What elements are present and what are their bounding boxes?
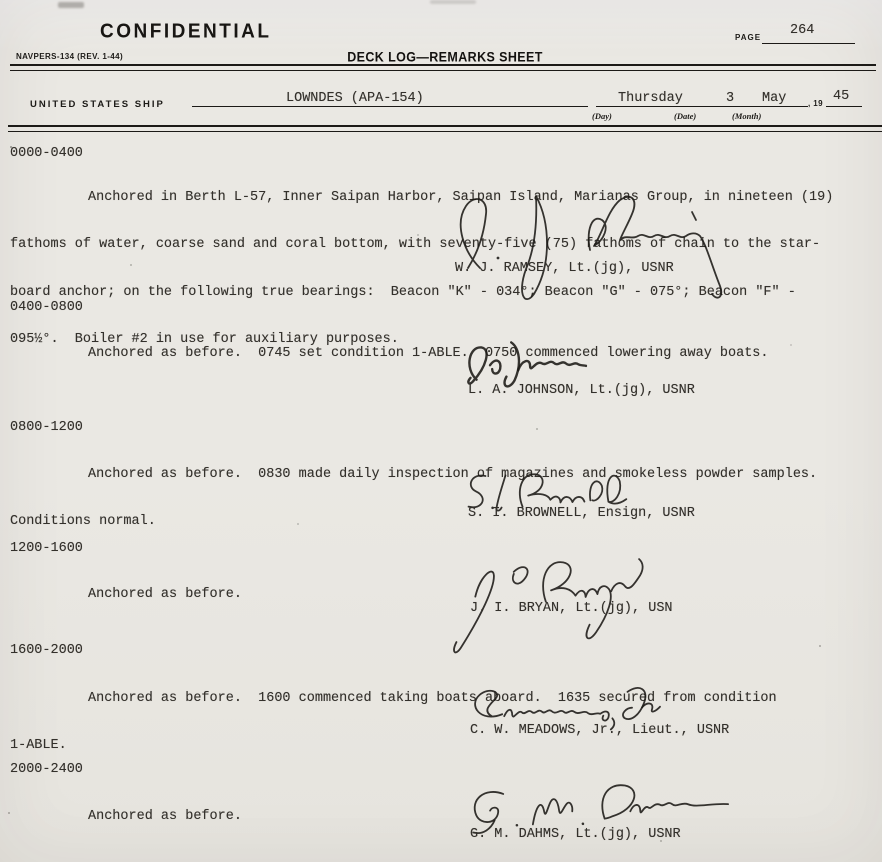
signer-typed-name: J. I. BRYAN, Lt.(jg), USN [470, 601, 673, 616]
signer-typed-name: C. W. MEADOWS, Jr., Lieut., USNR [470, 723, 729, 738]
header-double-rule [10, 64, 876, 71]
sheet-title: DECK LOG—REMARKS SHEET [300, 49, 590, 64]
form-number: NAVPERS-134 (REV. 1-44) [16, 52, 123, 61]
date-value: 3 [726, 91, 734, 106]
watch-time-range: 1200-1600 [10, 541, 83, 556]
log-entry-text: Anchored as before. 0830 made daily insp… [10, 436, 872, 561]
signer-typed-name: W. J. RAMSEY, Lt.(jg), USNR [455, 261, 674, 276]
log-line: 1-ABLE. [10, 737, 872, 754]
classification-stamp: CONFIDENTIAL [100, 20, 271, 43]
signer-typed-name: L. A. JOHNSON, Lt.(jg), USNR [468, 383, 695, 398]
log-line: Anchored as before. [10, 808, 872, 825]
scan-smudge [430, 0, 476, 4]
watch-time-range: 1600-2000 [10, 643, 83, 658]
log-entry-text: Anchored as before. [10, 778, 872, 855]
log-entry-text: Anchored as before. 0745 set condition 1… [10, 315, 872, 392]
log-line: Anchored as before. 0830 made daily insp… [10, 466, 872, 483]
deck-log-remarks-sheet: CONFIDENTIAL PAGE 264 NAVPERS-134 (REV. … [0, 0, 882, 862]
date-underline [596, 106, 808, 107]
month-field-label: (Month) [732, 111, 761, 121]
year-prefix: , 19 [808, 99, 823, 108]
ramsey-signature-icon [440, 190, 750, 308]
month-value: May [762, 91, 786, 106]
page-number-underline [762, 43, 855, 44]
day-field-label: (Day) [592, 111, 612, 121]
ship-label: UNITED STATES SHIP [30, 99, 165, 110]
signer-typed-name: G. M. DAHMS, Lt.(jg), USNR [470, 827, 681, 842]
year-underline [826, 106, 862, 107]
watch-time-range: 0800-1200 [10, 420, 83, 435]
signer-typed-name: S. I. BROWNELL, Ensign, USNR [468, 506, 695, 521]
ship-row-double-rule [8, 125, 882, 132]
log-line: Anchored as before. 1600 commenced takin… [10, 690, 872, 707]
ship-name: LOWNDES (APA-154) [286, 91, 424, 106]
log-line: Conditions normal. [10, 513, 872, 530]
watch-time-range: 2000-2400 [10, 762, 83, 777]
day-value: Thursday [618, 91, 683, 106]
log-line: Anchored as before. 0745 set condition 1… [10, 345, 872, 362]
year-value: 45 [833, 89, 849, 104]
log-entry-text: Anchored as before. 1600 commenced takin… [10, 660, 872, 785]
page-number: 264 [790, 23, 814, 38]
page-label: PAGE [735, 33, 761, 42]
ship-name-underline [192, 106, 588, 107]
watch-time-range: 0400-0800 [10, 300, 83, 315]
date-field-label: (Date) [674, 111, 696, 121]
scan-smudge [58, 2, 84, 8]
